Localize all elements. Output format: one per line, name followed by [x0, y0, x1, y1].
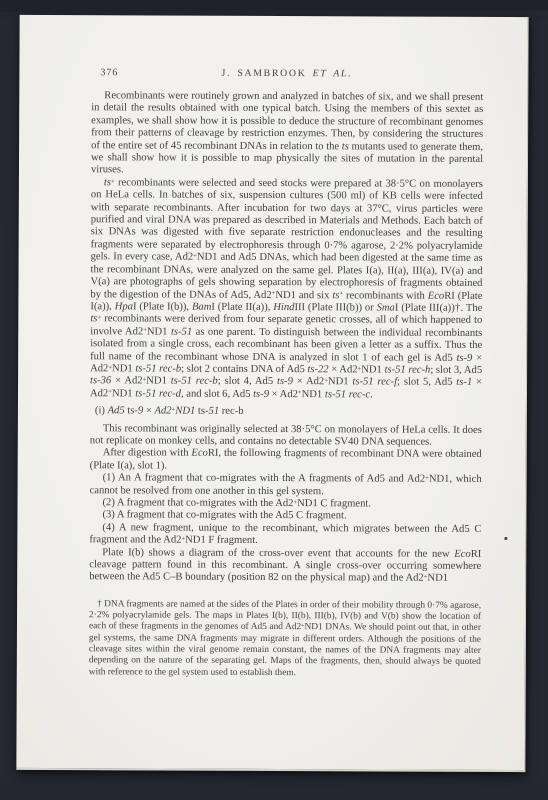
fragment-list-item-1: (1) An A fragment that co-migrates with … — [90, 472, 482, 499]
footnote: † DNA fragments are named at the sides o… — [89, 599, 481, 680]
running-header: 376 J. SAMBROOK ET AL. — [91, 67, 482, 83]
body-text: Recombinants were routinely grown and an… — [89, 90, 484, 680]
photo-backdrop: 376 J. SAMBROOK ET AL. Recombinants were… — [0, 0, 548, 800]
paragraph-methods: ts+ recombinants were selected and seed … — [90, 177, 483, 402]
backdrop-seam — [0, 0, 548, 12]
paragraph-crossover: Plate I(b) shows a diagram of the cross-… — [89, 547, 481, 586]
ink-speck — [504, 537, 507, 540]
paragraph-selection: This recombinant was originally selected… — [90, 423, 482, 450]
running-title: J. SAMBROOK ET AL. — [91, 67, 482, 80]
paragraph-digestion: After digestion with EcoRI, the followin… — [90, 448, 482, 475]
scanned-page: 376 J. SAMBROOK ET AL. Recombinants were… — [16, 15, 528, 772]
section-heading: (i) Ad5 ts-9 × Ad2+ND1 ts-51 rec-b — [90, 405, 482, 419]
paragraph-intro: Recombinants were routinely grown and an… — [91, 90, 483, 179]
fragment-list-item-4: (4) A new fragment, unique to the recomb… — [89, 522, 481, 549]
